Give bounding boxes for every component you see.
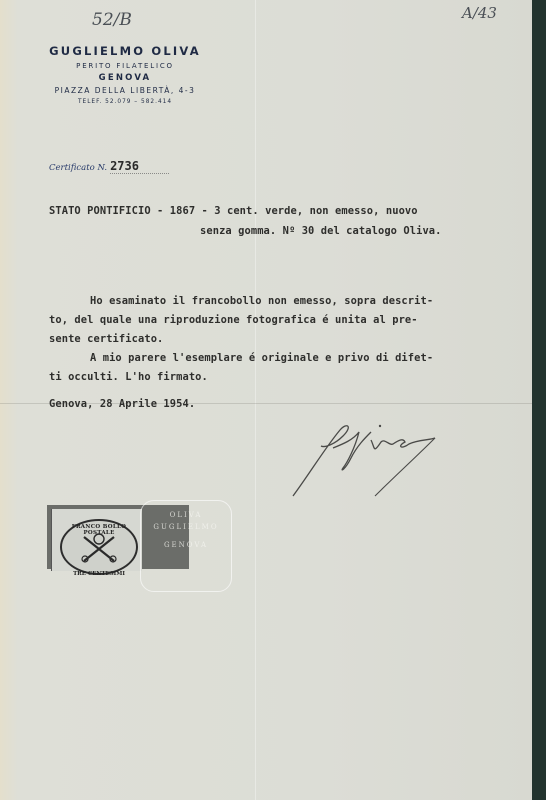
signature (285, 418, 455, 503)
certificate-number-line: Certificato N.2736 (49, 155, 169, 174)
letterhead-telephone: TELEF. 52.079 – 582.414 (40, 99, 210, 105)
description-line-1: STATO PONTIFICIO - 1867 - 3 cent. verde,… (49, 205, 418, 217)
description-line-2: senza gomma. Nº 30 del catalogo Oliva. (200, 225, 442, 237)
place-date: Genova, 28 Aprile 1954. (49, 398, 195, 410)
stamp-bottom-text: TRE CENTESIMI (62, 571, 136, 577)
body-line-1: Ho esaminato il francobollo non emesso, … (90, 295, 433, 307)
body-line-5: ti occulti. L'ho firmato. (49, 371, 208, 383)
body-line-3: sente certificato. (49, 333, 163, 345)
stamp-image: FRANCO BOLLO POSTALE TRE CENTESIMI (51, 509, 142, 571)
certificate-label: Certificato N. (49, 163, 107, 173)
letterhead-name: GUGLIELMO OLIVA (40, 44, 210, 58)
handwritten-note-left: 52/B (92, 10, 132, 30)
body-line-4: A mio parere l'esemplare é originale e p… (90, 352, 433, 364)
embossed-seal: OLIVA GUGLIELMO GENOVA (140, 500, 232, 592)
letterhead-city: GENOVA (40, 73, 210, 83)
scan-edge (532, 0, 546, 800)
letterhead-address: PIAZZA DELLA LIBERTÀ, 4-3 (40, 86, 210, 95)
stamp-oval-frame: FRANCO BOLLO POSTALE TRE CENTESIMI (60, 519, 138, 575)
letterhead-title: PERITO FILATELICO (40, 62, 210, 70)
emboss-line-1: OLIVA (141, 511, 231, 519)
emboss-line-2: GUGLIELMO (141, 523, 231, 531)
crossed-keys-icon (62, 521, 136, 573)
handwritten-note-right: A/43 (462, 4, 497, 22)
certificate-number: 2736 (110, 159, 169, 174)
body-line-2: to, del quale una riproduzione fotografi… (49, 314, 418, 326)
letterhead: GUGLIELMO OLIVA PERITO FILATELICO GENOVA… (40, 44, 210, 105)
vertical-fold (255, 0, 256, 800)
emboss-line-3: GENOVA (141, 541, 231, 549)
